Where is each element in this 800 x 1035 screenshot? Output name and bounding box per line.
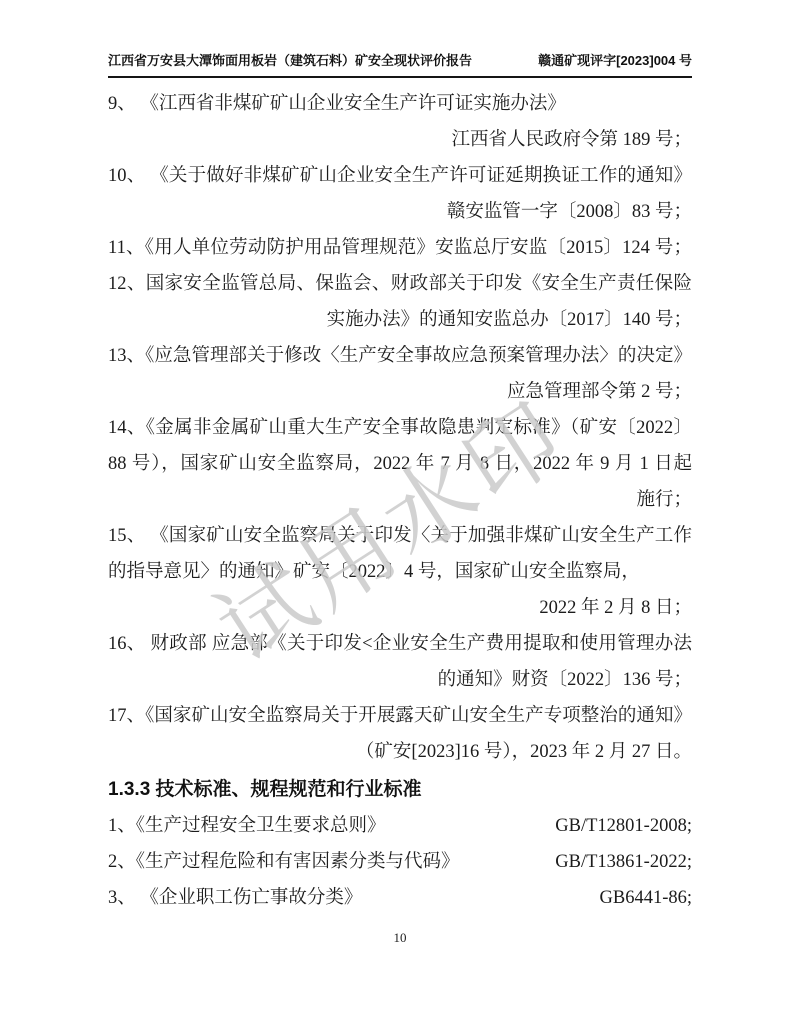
- document-line: 应急管理部令第 2 号；: [108, 374, 692, 410]
- standard-row: 2、《生产过程危险和有害因素分类与代码》 GB/T13861-2022;: [108, 844, 692, 880]
- document-line: 16、 财政部 应急部《关于印发<企业安全生产费用提取和使用管理办法: [108, 626, 692, 662]
- section-heading: 1.3.3 技术标准、规程规范和行业标准: [108, 772, 692, 808]
- document-line: 14、《金属非金属矿山重大生产安全事故隐患判定标准》（矿安〔2022〕: [108, 410, 692, 446]
- document-line: 江西省人民政府令第 189 号；: [108, 122, 692, 158]
- standard-code: GB/T12801-2008;: [555, 808, 692, 844]
- standard-row: 1、《生产过程安全卫生要求总则》 GB/T12801-2008;: [108, 808, 692, 844]
- document-line: 的指导意见〉的通知》矿安〔2022〕4 号，国家矿山安全监察局，: [108, 554, 692, 590]
- page-header: 江西省万安县大潭饰面用板岩（建筑石料）矿安全现状评价报告 赣通矿现评字[2023…: [108, 50, 692, 78]
- document-line: 88 号），国家矿山安全监察局，2022 年 7 月 8 日，2022 年 9 …: [108, 446, 692, 482]
- header-doc-number: 赣通矿现评字[2023]004 号: [538, 50, 692, 69]
- document-line: 9、 《江西省非煤矿矿山企业安全生产许可证实施办法》: [108, 86, 692, 122]
- document-line: 13、《应急管理部关于修改〈生产安全事故应急预案管理办法〉的决定》: [108, 338, 692, 374]
- standard-title: 2、《生产过程危险和有害因素分类与代码》: [108, 844, 460, 880]
- standard-code: GB/T13861-2022;: [555, 844, 692, 880]
- document-line: 10、 《关于做好非煤矿矿山企业安全生产许可证延期换证工作的通知》: [108, 158, 692, 194]
- document-line: 施行；: [108, 482, 692, 518]
- document-line: 实施办法》的通知安监总办〔2017〕140 号；: [108, 302, 692, 338]
- document-line: 赣安监管一字〔2008〕83 号；: [108, 194, 692, 230]
- document-line: 2022 年 2 月 8 日；: [108, 590, 692, 626]
- document-line: 11、《用人单位劳动防护用品管理规范》安监总厅安监〔2015〕124 号；: [108, 230, 692, 266]
- standard-title: 3、 《企业职工伤亡事故分类》: [108, 880, 362, 916]
- document-page: 江西省万安县大潭饰面用板岩（建筑石料）矿安全现状评价报告 赣通矿现评字[2023…: [0, 0, 800, 1035]
- document-body: 9、 《江西省非煤矿矿山企业安全生产许可证实施办法》 江西省人民政府令第 189…: [108, 86, 692, 916]
- page-number: 10: [0, 930, 800, 946]
- document-line: 17、《国家矿山安全监察局关于开展露天矿山安全生产专项整治的通知》: [108, 698, 692, 734]
- standard-row: 3、 《企业职工伤亡事故分类》 GB6441-86;: [108, 880, 692, 916]
- document-line: 的通知》财资〔2022〕136 号；: [108, 662, 692, 698]
- header-report-title: 江西省万安县大潭饰面用板岩（建筑石料）矿安全现状评价报告: [108, 50, 472, 69]
- standard-title: 1、《生产过程安全卫生要求总则》: [108, 808, 386, 844]
- standard-code: GB6441-86;: [600, 880, 693, 916]
- document-line: 12、国家安全监管总局、保监会、财政部关于印发《安全生产责任保险: [108, 266, 692, 302]
- document-line: （矿安[2023]16 号），2023 年 2 月 27 日。: [108, 734, 692, 770]
- document-line: 15、 《国家矿山安全监察局关于印发〈关于加强非煤矿山安全生产工作: [108, 518, 692, 554]
